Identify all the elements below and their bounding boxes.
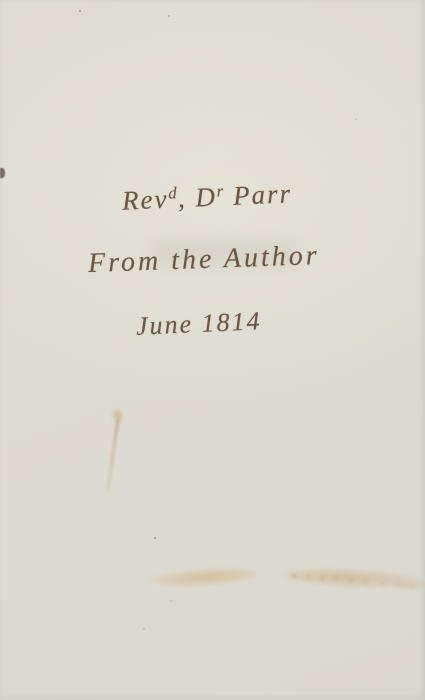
paper-speck [168,15,170,17]
paper-speck [355,118,357,120]
flyleaf-page: Revd, Dr Parr From the Author June 1814 [0,0,425,700]
inscription-line-date: June 1814 [135,306,262,341]
inscription-block: Revd, Dr Parr From the Author June 1814 [0,0,425,700]
superscript-d: d [168,183,178,202]
paper-speck [154,537,156,539]
recipient-text: Rev [121,184,169,216]
paper-speck [79,10,81,12]
inscription-line-recipient: Revd, Dr Parr [121,178,292,216]
recipient-surname: Parr [224,178,293,211]
superscript-r: r [216,181,224,200]
recipient-text-mid: , D [177,182,217,214]
inscription-line-dedication: From the Author [88,240,321,280]
paper-speck [143,628,145,630]
paper-speck [170,600,172,602]
